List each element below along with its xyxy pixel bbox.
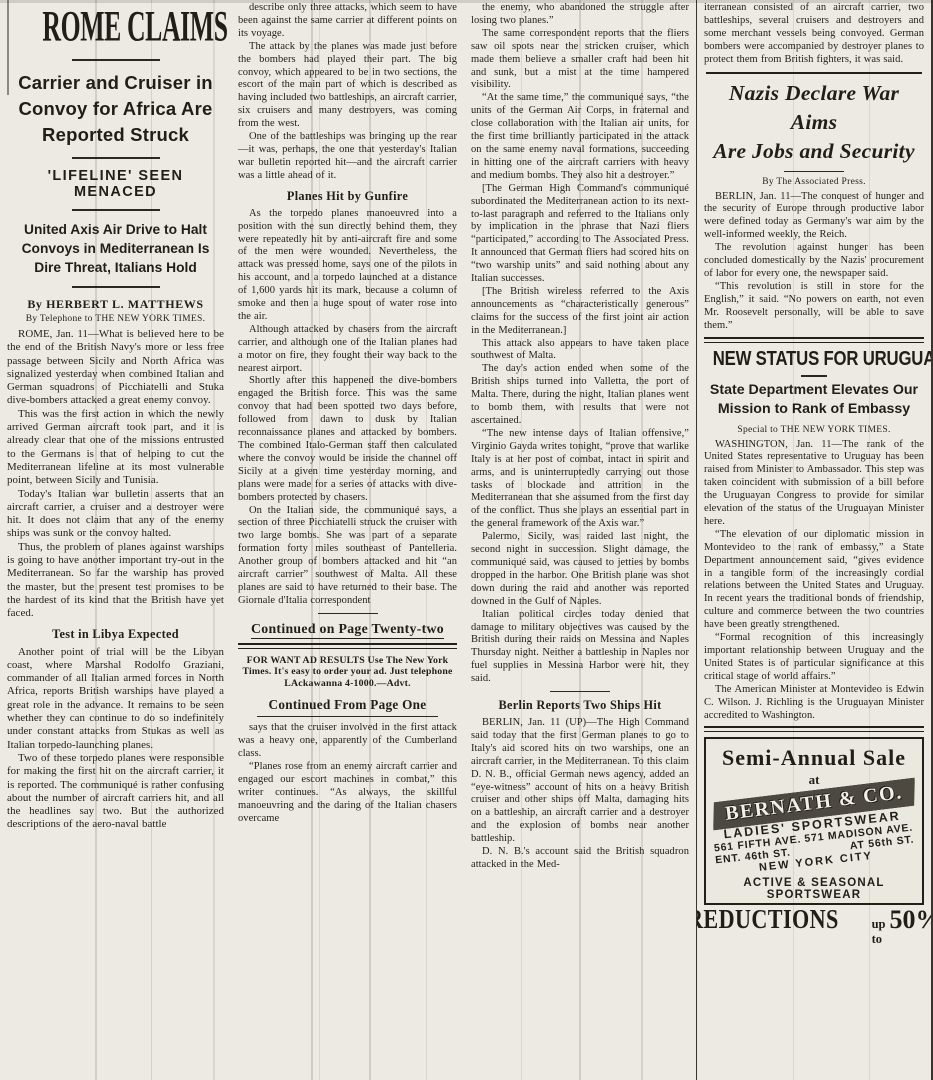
body-paragraph: “Planes rose from an enemy aircraft carr… (238, 761, 457, 826)
want-ad-notice: FOR WANT AD RESULTS Use The New York Tim… (242, 655, 453, 690)
rule-divider (72, 286, 160, 288)
body-paragraph: “This revolution is still in store for t… (704, 281, 924, 333)
ad-category-line: ACTIVE & SEASONAL SPORTSWEAR (710, 877, 918, 901)
kicker-headline: 'LIFELINE' SEEN MENACED (7, 168, 224, 200)
body-paragraph: WASHINGTON, Jan. 11—The rank of the Unit… (704, 439, 924, 529)
dash-divider (801, 375, 827, 377)
uruguay-deck: State Department Elevates Our Mission to… (704, 381, 924, 420)
body-paragraph: This was the first action in which the n… (7, 408, 224, 488)
column-4: iterranean consisted of an aircraft carr… (696, 0, 933, 1080)
body-paragraph: [The German High Command's communiqué su… (471, 183, 689, 286)
body-paragraph: Today's Italian war bulletin asserts tha… (7, 488, 224, 541)
body-paragraph: D. N. B.'s account said the British squa… (471, 846, 689, 872)
body-paragraph: This attack also appears to have taken p… (471, 338, 689, 364)
sub-deck-line: United Axis Air Drive to Halt (7, 220, 224, 239)
body-paragraph-continuation: iterranean consisted of an aircraft carr… (704, 2, 924, 67)
ad-reductions-word: REDUCTIONS (696, 904, 838, 935)
body-paragraph: The attack by the planes was made just b… (238, 41, 457, 131)
rule-divider (72, 157, 160, 159)
ad-reductions-row: REDUCTIONS up to 50% (710, 904, 918, 947)
continued-from-notice: Continued From Page One (257, 697, 439, 717)
column-layout: ROME CLAIMS HITS Carrier and Cruiser in … (0, 0, 933, 1080)
body-paragraph: Palermo, Sicily, was raided last night, … (471, 531, 689, 608)
body-paragraph: On the Italian side, the communiqué says… (238, 505, 457, 608)
column-3: the enemy, who abandoned the struggle af… (464, 0, 696, 1080)
body-paragraph: “The elevation of our diplomatic mission… (704, 529, 924, 632)
rule-divider (318, 613, 378, 614)
rule-divider (706, 72, 922, 74)
body-paragraph: Two of these torpedo planes were respons… (7, 752, 224, 832)
body-paragraph: One of the battleships was bringing up t… (238, 131, 457, 183)
body-paragraph: The revolution against hunger has been c… (704, 242, 924, 281)
body-paragraph: says that the cruiser involved in the fi… (238, 722, 457, 761)
body-paragraph: Another point of trial will be the Libya… (7, 646, 224, 752)
byline-credit: By Telephone to THE NEW YORK TIMES. (7, 314, 224, 324)
body-paragraph: The American Minister at Montevideo is E… (704, 684, 924, 723)
byline: By HERBERT L. MATTHEWS (7, 297, 224, 312)
body-paragraph: Although attacked by chasers from the ai… (238, 324, 457, 376)
body-paragraph: Shortly after this happened the dive-bom… (238, 375, 457, 504)
nazis-headline: Nazis Declare War Aims Are Jobs and Secu… (704, 79, 924, 166)
column-1: ROME CLAIMS HITS Carrier and Cruiser in … (0, 0, 231, 1080)
body-paragraph: [The British wireless referred to the Ax… (471, 286, 689, 338)
body-paragraph: The same correspondent reports that the … (471, 28, 689, 93)
double-rule-divider (704, 337, 924, 343)
newspaper-page: ROME CLAIMS HITS Carrier and Cruiser in … (0, 0, 933, 1080)
ad-title: Semi-Annual Sale (710, 745, 918, 771)
body-paragraph: describe only three attacks, which seem … (238, 2, 457, 41)
body-paragraph: BERLIN, Jan. 11 (UP)—The High Command sa… (471, 717, 689, 846)
double-rule-divider (238, 643, 457, 649)
ad-percent: 50% (889, 905, 933, 935)
deck-line: Reported Struck (7, 122, 224, 148)
body-paragraph: ROME, Jan. 11—What is believed here to b… (7, 328, 224, 408)
ad-upto: up to (872, 917, 886, 947)
sub-deck-headline: United Axis Air Drive to Halt Convoys in… (7, 220, 224, 277)
body-paragraph: “Formal recognition of this increasingly… (704, 632, 924, 684)
uruguay-deck-line: Mission to Rank of Embassy (704, 400, 924, 420)
uruguay-headline-wrap: NEW STATUS FOR URUGUAY (704, 347, 924, 371)
body-paragraph: The day's action ended when some of the … (471, 363, 689, 428)
continued-from-wrap: Continued From Page One (238, 696, 457, 717)
body-paragraph: Italian political circles today denied t… (471, 609, 689, 686)
sub-deck-line: Convoys in Mediterranean Is (7, 239, 224, 258)
body-paragraph: BERLIN, Jan. 11—The conquest of hunger a… (704, 191, 924, 243)
double-rule-divider (704, 726, 924, 732)
continued-on-wrap: Continued on Page Twenty-two (238, 620, 457, 639)
byline-ap: By The Associated Press. (704, 177, 924, 187)
rule-divider (72, 59, 160, 61)
main-headline: ROME CLAIMS HITS (42, 4, 231, 52)
nazis-headline-line: Are Jobs and Security (704, 137, 924, 166)
body-paragraph: “At the same time,” the communiqué says,… (471, 92, 689, 182)
rule-divider (784, 171, 844, 172)
body-paragraph: As the torpedo planes manoeuvred into a … (238, 208, 457, 324)
main-headline-wrap: ROME CLAIMS HITS (7, 4, 224, 50)
bernath-advertisement: Semi-Annual Sale at BERNATH & CO. LADIES… (704, 737, 924, 905)
rule-divider (550, 691, 610, 692)
rule-divider (72, 209, 160, 211)
body-paragraph: “The new intense days of Italian offensi… (471, 428, 689, 531)
body-paragraph: the enemy, who abandoned the struggle af… (471, 2, 689, 28)
byline-special: Special to THE NEW YORK TIMES. (704, 425, 924, 435)
crosshead-berlin-reports: Berlin Reports Two Ships Hit (471, 698, 689, 713)
uruguay-headline: NEW STATUS FOR URUGUAY (713, 347, 933, 371)
deck-line: Convoy for Africa Are (7, 96, 224, 122)
deck-headline: Carrier and Cruiser in Convoy for Africa… (7, 70, 224, 148)
continued-on-notice: Continued on Page Twenty-two (251, 621, 444, 639)
crosshead-test-in-libya: Test in Libya Expected (7, 627, 224, 642)
column-2: describe only three attacks, which seem … (231, 0, 464, 1080)
sub-deck-line: Dire Threat, Italians Hold (7, 258, 224, 277)
body-paragraph: Thus, the problem of planes against wars… (7, 541, 224, 621)
crosshead-planes-hit: Planes Hit by Gunfire (238, 189, 457, 204)
nazis-headline-line: Nazis Declare War Aims (704, 79, 924, 137)
deck-line: Carrier and Cruiser in (7, 70, 224, 96)
uruguay-deck-line: State Department Elevates Our (704, 381, 924, 401)
